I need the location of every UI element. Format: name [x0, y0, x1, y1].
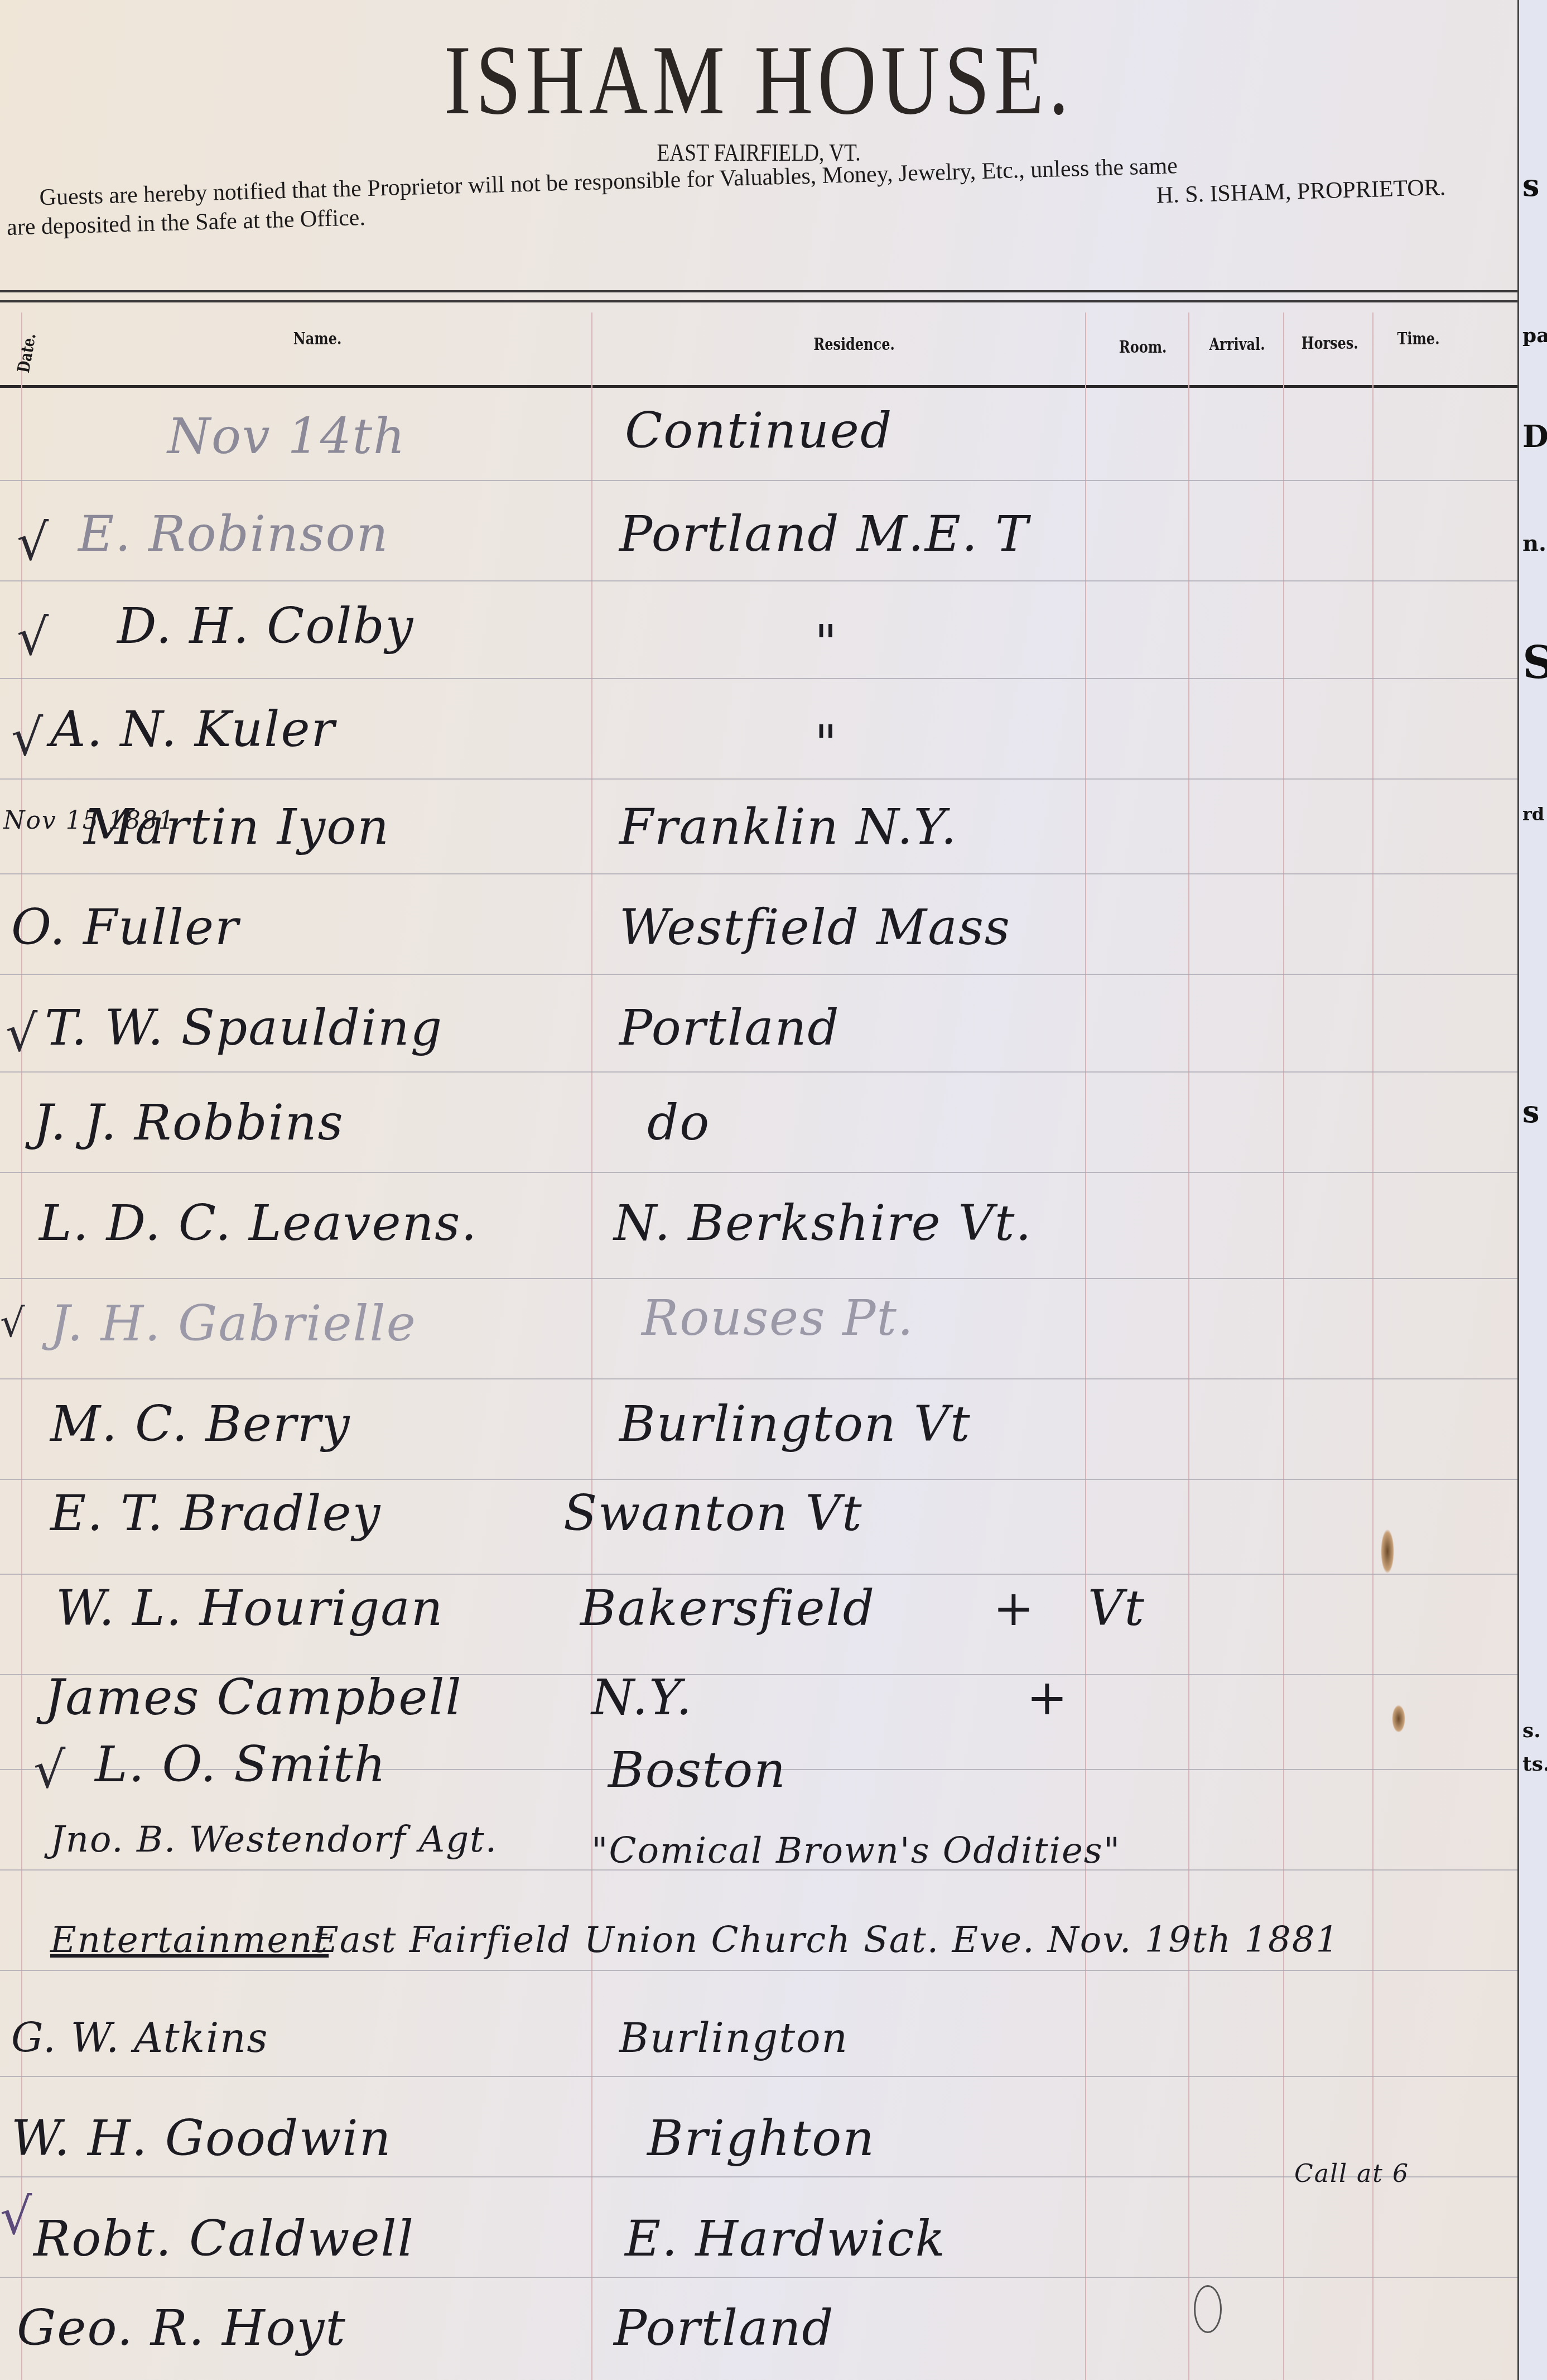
- entry-residence: ": [815, 614, 838, 671]
- adjacent-fragment: n.: [1522, 530, 1546, 556]
- checkmark-icon: √: [6, 1004, 37, 1063]
- column-divider: [1085, 312, 1086, 2380]
- entry-horses: +: [993, 1579, 1035, 1637]
- ledger-page: ISHAM HOUSE. EAST FAIRFIELD, VT. Guests …: [0, 0, 1517, 2380]
- entry-residence: N.Y.: [591, 1669, 693, 1726]
- entry-residence: Franklin N.Y.: [619, 798, 958, 855]
- entry-residence: E. Hardwick: [625, 2210, 946, 2267]
- checkmark-icon: √: [17, 513, 49, 572]
- column-divider: [1372, 312, 1373, 2380]
- entry-name: Robt. Caldwell: [33, 2210, 415, 2267]
- column-divider: [1188, 312, 1189, 2380]
- entry-residence: Burlington Vt: [619, 1395, 971, 1453]
- header-bottom-rule: [0, 385, 1517, 388]
- entry-name: A. N. Kuler: [50, 700, 336, 758]
- entry-name: Nov 14th: [167, 407, 406, 465]
- entry-name: E. Robinson: [78, 505, 389, 562]
- adjacent-fragment: s.: [1522, 1719, 1541, 1742]
- ruled-line: [0, 1574, 1517, 1575]
- entry-name: James Campbell: [45, 1669, 462, 1726]
- entry-name: J. H. Gabrielle: [50, 1295, 417, 1352]
- ruled-line: [0, 2277, 1517, 2278]
- entry-residence: Boston: [608, 1741, 787, 1799]
- checkmark-icon: √: [0, 2187, 32, 2246]
- ruled-line: [0, 873, 1517, 874]
- entry-name: W. L. Hourigan: [56, 1579, 444, 1637]
- entry-residence: Brighton: [647, 2109, 875, 2167]
- entry-residence: Burlington: [619, 2014, 849, 2061]
- checkmark-icon: √: [17, 608, 49, 667]
- column-header-residence: Residence.: [813, 335, 895, 354]
- entry-name: L. D. C. Leavens.: [39, 1194, 478, 1252]
- entry-time-note: Call at 6: [1294, 2160, 1409, 2188]
- ruled-line: [0, 1479, 1517, 1480]
- entry-residence: Swanton Vt: [563, 1484, 863, 1542]
- entry-name: E. T. Bradley: [50, 1484, 381, 1542]
- entry-residence: Bakersfield: [580, 1579, 875, 1637]
- rust-stain: [1381, 1529, 1394, 1574]
- column-header-arrival: Arrival.: [1209, 335, 1265, 354]
- ruled-line: [0, 778, 1517, 780]
- column-divider: [1283, 312, 1284, 2380]
- entry-name: Martin Iyon: [84, 798, 390, 855]
- entry-name: M. C. Berry: [50, 1395, 351, 1453]
- column-header-room: Room.: [1119, 338, 1167, 357]
- rust-stain: [1392, 1705, 1405, 1733]
- entry-name: Jno. B. Westendorf Agt.: [50, 1819, 498, 1860]
- checkmark-icon: √: [11, 709, 43, 767]
- ruled-line: [0, 1071, 1517, 1073]
- entry-name: G. W. Atkins: [11, 2014, 269, 2061]
- ruled-line: [0, 1970, 1517, 1971]
- adjacent-fragment: rd: [1522, 804, 1544, 825]
- adjacent-fragment: S: [1522, 636, 1547, 689]
- column-header-horses: Horses.: [1302, 334, 1358, 353]
- ruled-line: [0, 1278, 1517, 1279]
- ruled-line: [0, 2076, 1517, 2077]
- room-zero-mark: [1194, 2285, 1222, 2333]
- ruled-line: [0, 678, 1517, 679]
- ruled-line: [0, 1378, 1517, 1379]
- ruled-line: [0, 580, 1517, 581]
- column-header-name: Name.: [293, 329, 342, 349]
- entry-name: L. O. Smith: [95, 1735, 387, 1793]
- ruled-line: [0, 974, 1517, 975]
- adjacent-fragment: s: [1522, 1094, 1539, 1129]
- entry-residence: ": [815, 714, 838, 772]
- column-divider: [591, 312, 592, 2380]
- column-header-time: Time.: [1397, 329, 1440, 349]
- entry-time: Vt: [1088, 1579, 1145, 1637]
- entry-residence: Continued: [625, 402, 893, 459]
- entry-residence: N. Berkshire Vt.: [614, 1194, 1032, 1252]
- entry-residence: Westfield Mass: [619, 898, 1011, 956]
- entry-horses: +: [1026, 1669, 1069, 1726]
- ruled-line: [0, 2176, 1517, 2177]
- hotel-title: ISHAM HOUSE.: [137, 22, 1381, 137]
- column-header-date: Date.: [14, 331, 40, 374]
- entry-residence: Rouses Pt.: [642, 1289, 914, 1347]
- entry-name: W. H. Goodwin: [11, 2109, 392, 2167]
- entry-name: Geo. R. Hoyt: [17, 2299, 346, 2357]
- ruled-line: [0, 480, 1517, 481]
- adjacent-fragment: pa: [1522, 324, 1547, 347]
- entry-residence: do: [647, 1094, 710, 1151]
- adjacent-fragment: D: [1522, 419, 1547, 454]
- entry-name: O. Fuller: [11, 898, 239, 956]
- adjacent-fragment: ts.: [1522, 1752, 1547, 1776]
- entry-name: J. J. Robbins: [33, 1094, 344, 1151]
- checkmark-icon: √: [0, 1300, 25, 1346]
- entry-residence: East Fairfield Union Church Sat. Eve. No…: [312, 1920, 1339, 1961]
- ruled-line: [0, 1172, 1517, 1173]
- entry-residence: Portland M.E. T: [619, 505, 1029, 562]
- entry-residence: Portland: [619, 999, 840, 1056]
- entry-name: Entertainment: [50, 1920, 329, 1961]
- header-top-rule: [0, 290, 1517, 302]
- adjacent-fragment: s: [1522, 167, 1539, 203]
- entry-name: D. H. Colby: [117, 597, 415, 655]
- adjacent-page-edge: s pa D n. S rd s s. ts.: [1517, 0, 1547, 2380]
- checkmark-icon: √: [33, 1741, 65, 1800]
- entry-name: T. W. Spaulding: [45, 999, 443, 1056]
- entry-residence: "Comical Brown's Oddities": [591, 1830, 1121, 1872]
- entry-residence: Portland: [614, 2299, 835, 2357]
